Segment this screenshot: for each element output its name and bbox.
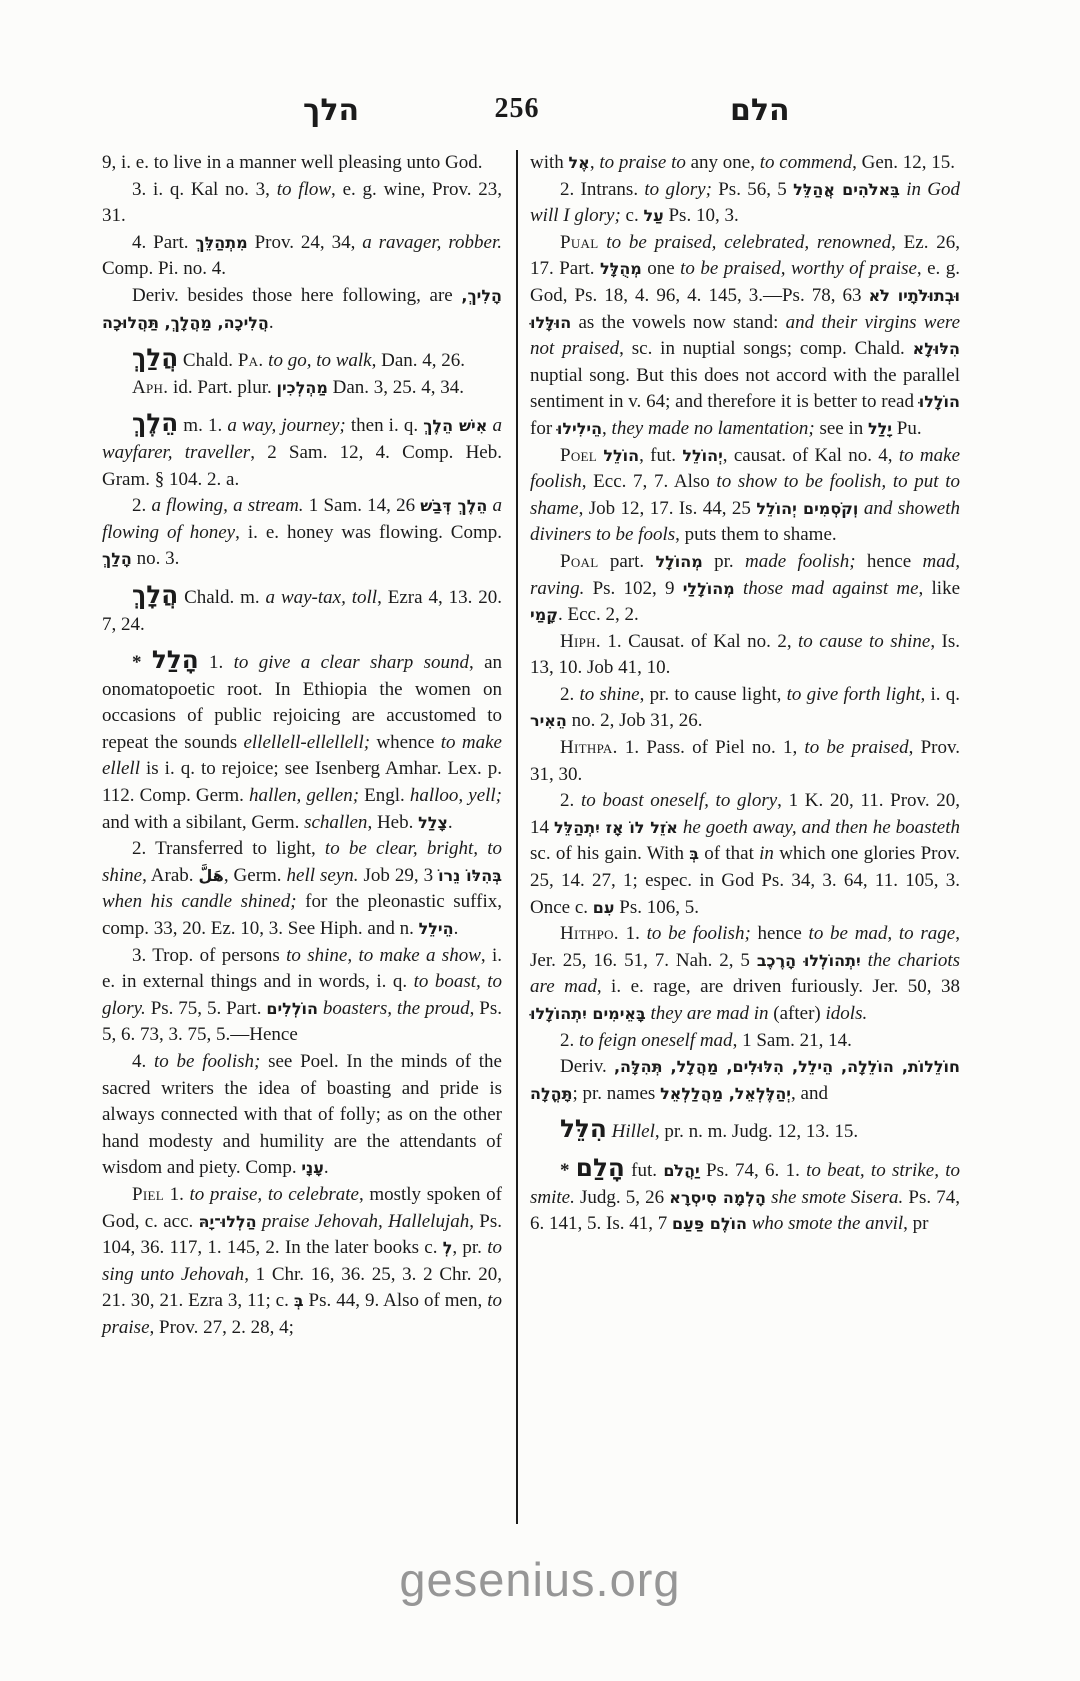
dictionary-paragraph: 2. Intrans. to glory; Ps. 56, 5 בֵּאלֹהִ…: [530, 177, 960, 230]
italic-phrase: to be praised, celebrated, renowned: [606, 232, 891, 253]
roman-text: [861, 950, 868, 971]
roman-text: , Dan. 4, 26.: [372, 350, 465, 371]
roman-text: .: [448, 812, 453, 833]
roman-text: 4.: [132, 1051, 154, 1072]
dictionary-paragraph: Hithpa. 1. Pass. of Piel no. 1, to be pr…: [530, 735, 960, 788]
italic-phrase: when his candle shined;: [102, 891, 297, 912]
hebrew-text: יְהַלֶּלְאֵל, מַהֲלַלְאֵל: [660, 1084, 791, 1103]
stem-label: Pual: [560, 232, 598, 253]
left-text-column: 9, i. e. to live in a manner well pleasi…: [102, 150, 502, 1342]
roman-text: 3. i. q. Kal no. 3,: [132, 179, 277, 200]
hebrew-text: הֵאִיר: [530, 711, 567, 730]
roman-text: 2. Transferred to light,: [132, 838, 325, 859]
italic-phrase: to praise, to celebrate: [190, 1184, 359, 1205]
hebrew-text: אֶל: [569, 153, 590, 172]
italic-phrase: in: [759, 843, 774, 864]
hebrew-text: בֵּאלֹהִים אֲהַלֵּל: [793, 180, 900, 199]
italic-phrase: hell seyn.: [287, 865, 359, 886]
roman-text: 1. Pass. of Piel no. 1,: [618, 737, 805, 758]
italic-phrase: a flowing, a stream.: [151, 495, 303, 516]
roman-text: . Ecc. 2, 2.: [558, 604, 639, 625]
roman-text: Chald.: [178, 350, 238, 371]
hebrew-headword: הֵלֶךְ: [132, 408, 178, 437]
dictionary-paragraph: Aph. id. Part. plur. מַהְלְכִין Dan. 3, …: [102, 375, 502, 402]
hebrew-text: הֵילִילוּ: [557, 419, 602, 438]
page-number: 256: [457, 93, 577, 125]
dictionary-paragraph: 2. to feign oneself mad, 1 Sam. 21, 14.: [530, 1028, 960, 1055]
hebrew-text: הִלּוּלָא: [913, 339, 960, 358]
italic-phrase: schallen: [304, 812, 367, 833]
hebrew-text: הוֹלֵל: [603, 446, 639, 465]
stem-label: Hithpo.: [560, 923, 619, 944]
hebrew-text: הָלְמָה סִיסְרָא: [669, 1188, 766, 1207]
italic-phrase: a way, journey;: [227, 415, 345, 436]
dictionary-paragraph: 2. to shine, pr. to cause light, to give…: [530, 682, 960, 735]
italic-phrase: to be praised, worthy of praise: [680, 258, 917, 279]
dictionary-paragraph: * הָלַם fut. יַהֲלֹם Ps. 74, 6. 1. to be…: [530, 1155, 960, 1238]
roman-text: hence: [751, 923, 809, 944]
italic-phrase: to boast oneself, to glory: [581, 790, 777, 811]
roman-text: nuptial song. But this does not accord w…: [530, 365, 960, 413]
hebrew-text: צָלַל: [418, 813, 448, 832]
hebrew-text: אֹזֵל לוֹ אָז יִתְהַלֵּל: [554, 818, 678, 837]
dictionary-paragraph: 9, i. e. to live in a manner well pleasi…: [102, 150, 502, 177]
roman-text: , Job 12, 17. Is. 44, 25: [579, 498, 757, 519]
roman-text: , pr. n. m. Judg. 12, 13. 15.: [655, 1121, 858, 1142]
roman-text: 9, i. e. to live in a manner well pleasi…: [102, 152, 482, 173]
hebrew-text: הַלְלוּ־יָהּ: [199, 1212, 257, 1231]
roman-text: ,: [602, 418, 612, 439]
roman-text: of that: [699, 843, 759, 864]
roman-text: Chald. m.: [178, 587, 265, 608]
column-divider-rule: [516, 150, 518, 1524]
dictionary-paragraph: 4. Part. מִתְהַלֵּךְ Prov. 24, 34, a rav…: [102, 230, 502, 283]
dictionary-paragraph: 2. a flowing, a stream. 1 Sam. 14, 26 הֵ…: [102, 493, 502, 573]
roman-text: id. Part. plur.: [168, 377, 276, 398]
roman-text: Ps. 10, 3.: [664, 205, 739, 226]
hebrew-text: הוֹלְלִים: [266, 999, 318, 1018]
italic-phrase: those mad against me: [743, 578, 919, 599]
roman-text: Comp. Pi. no. 4.: [102, 258, 226, 279]
italic-phrase: to give a clear sharp sound: [234, 652, 469, 673]
roman-text: , causat. of Kal no. 4,: [723, 445, 899, 466]
roman-text: .: [324, 1157, 329, 1178]
stem-label: Poel: [560, 445, 597, 466]
italic-phrase: ellellell-ellellell;: [243, 732, 370, 753]
roman-text: (after): [769, 1003, 826, 1024]
hebrew-text: מְהוֹלָל: [655, 552, 702, 571]
dictionary-paragraph: 4. to be foolish; see Poel. In the minds…: [102, 1049, 502, 1182]
roman-text: Ps. 106, 5.: [615, 897, 699, 918]
hebrew-text: בָּאֵימִים יִתְהוֹלָלוּ: [530, 1004, 646, 1023]
roman-text: , like: [919, 578, 960, 599]
roman-text: whence: [370, 732, 441, 753]
hebrew-text: קָמַי: [530, 605, 558, 624]
dictionary-paragraph: with אֶל, to praise to any one, to comme…: [530, 150, 960, 177]
roman-text: any one,: [686, 152, 760, 173]
italic-phrase: praise Jehovah, Hallelujah: [262, 1211, 469, 1232]
running-head-left-keyword: הלך: [303, 94, 359, 128]
hebrew-headword: הֲלַךְ: [132, 343, 178, 372]
roman-text: , i. e. honey was flowing. Comp.: [235, 522, 502, 543]
italic-phrase: they made no lamentation;: [612, 418, 815, 439]
roman-text: Pu.: [892, 418, 922, 439]
italic-phrase: to give forth light: [787, 684, 921, 705]
roman-text: , pr.: [452, 1237, 487, 1258]
roman-text: 2.: [560, 1030, 579, 1051]
roman-text: Ps. 102, 9: [584, 578, 682, 599]
roman-text: Prov. 24, 34,: [248, 232, 363, 253]
roman-text: part.: [598, 551, 655, 572]
dictionary-paragraph: Deriv. חוֹלֵלוֹת, הוֹלֵלָה, הֵילֵל, הִלּ…: [530, 1054, 960, 1107]
hebrew-text: הוֹלָלוּ: [919, 392, 960, 411]
roman-text: with: [530, 152, 569, 173]
roman-text: Ps. 44, 9. Also of men,: [304, 1290, 488, 1311]
roman-text: , Gen. 12, 15.: [852, 152, 955, 173]
roman-text: 1. Causat. of Kal no. 2,: [601, 631, 798, 652]
hebrew-text: מַהְלְכִין: [277, 378, 328, 397]
stem-label: Hiph.: [560, 631, 601, 652]
roman-text: 2.: [560, 684, 579, 705]
italic-phrase: she smote Sisera.: [771, 1187, 903, 1208]
roman-text: Deriv. besides those here following, are: [132, 285, 461, 306]
dictionary-paragraph: הִלֵּל Hillel, pr. n. m. Judg. 12, 13. 1…: [530, 1116, 960, 1146]
roman-text: for: [530, 418, 557, 439]
italic-phrase: to cause to shine: [798, 631, 930, 652]
roman-text: , puts them to shame.: [675, 524, 836, 545]
roman-text: 2.: [132, 495, 151, 516]
italic-phrase: to go, to walk: [268, 350, 371, 371]
italic-phrase: a ravager, robber.: [362, 232, 502, 253]
roman-text: fut.: [625, 1160, 663, 1181]
stem-label: Hithpa.: [560, 737, 618, 758]
roman-text: ; pr. names: [572, 1083, 660, 1104]
roman-text: then i. q.: [346, 415, 423, 436]
italic-phrase: made foolish;: [745, 551, 856, 572]
italic-phrase: a way-tax, toll: [266, 587, 378, 608]
hebrew-text: לְ: [443, 1238, 453, 1257]
hebrew-text: הוֹלֶם פַּעַם: [672, 1214, 747, 1233]
roman-text: , pr: [903, 1213, 928, 1234]
italic-phrase: to praise to: [599, 152, 686, 173]
hebrew-headword: הָלַם: [576, 1153, 625, 1182]
italic-phrase: he goeth away, and then he boasteth: [683, 817, 960, 838]
dictionary-paragraph: 2. to boast oneself, to glory, 1 K. 20, …: [530, 788, 960, 921]
roman-text: pr.: [703, 551, 745, 572]
hebrew-text: בְּ: [294, 1291, 304, 1310]
roman-text: ,: [590, 152, 600, 173]
hebrew-text: בְּהִלּוֹ נֵרוֹ: [438, 866, 502, 885]
roman-text: Deriv.: [560, 1056, 614, 1077]
roman-text: [735, 578, 743, 599]
hebrew-text: בְּ: [689, 844, 699, 863]
roman-text: Dan. 3, 25. 4, 34.: [328, 377, 464, 398]
italic-phrase: to shine: [579, 684, 639, 705]
hebrew-text: וְקֹסְמִים יְהוֹלֵל: [756, 499, 858, 518]
roman-text: , Ecc. 7, 7. Also: [582, 471, 717, 492]
roman-text: as the vowels now stand:: [571, 312, 785, 333]
right-text-column: with אֶל, to praise to any one, to comme…: [530, 150, 960, 1238]
italic-phrase: to be mad, to rage: [809, 923, 956, 944]
dictionary-paragraph: 3. Trop. of persons to shine, to make a …: [102, 943, 502, 1049]
roman-text: 2.: [560, 790, 581, 811]
dictionary-paragraph: Poel הוֹלֵל, fut. יְהוֹלֵל, causat. of K…: [530, 443, 960, 549]
hebrew-text: הֵלֶךְ דְּבַשׁ: [420, 496, 487, 515]
italic-phrase: halloo, yell;: [410, 785, 502, 806]
roman-text: , Germ.: [224, 865, 287, 886]
roman-text: .: [269, 312, 274, 333]
dictionary-paragraph: Hithpo. 1. to be foolish; hence to be ma…: [530, 921, 960, 1027]
hebrew-text: יַהֲלֹם: [663, 1161, 699, 1180]
dictionary-paragraph: Hiph. 1. Causat. of Kal no. 2, to cause …: [530, 629, 960, 682]
roman-text: Judg. 5, 26: [575, 1187, 669, 1208]
italic-phrase: to be praised: [804, 737, 908, 758]
roman-text: sc. of his gain. With: [530, 843, 689, 864]
italic-phrase: to glory;: [644, 179, 712, 200]
stem-label: Poal: [560, 551, 598, 572]
roman-text: m. 1.: [178, 415, 227, 436]
roman-text: and with a sibilant, Germ.: [102, 812, 304, 833]
dictionary-paragraph: Pual to be praised, celebrated, renowned…: [530, 230, 960, 443]
stem-label: Aph.: [132, 377, 168, 398]
roman-text: 1 Sam. 14, 26: [304, 495, 421, 516]
hebrew-headword: הָלַל: [152, 645, 199, 674]
roman-text: Ps. 56, 5: [712, 179, 793, 200]
roman-text: see in: [815, 418, 868, 439]
running-head-right-keyword: הלם: [730, 94, 790, 128]
italic-phrase: to shine, to make a show: [286, 945, 481, 966]
roman-text: no. 3.: [132, 548, 180, 569]
roman-text: , Heb.: [367, 812, 418, 833]
roman-text: , i. e. rage, are driven furiously. Jer.…: [597, 976, 960, 997]
italic-phrase: boasters, the proud: [323, 998, 470, 1019]
roman-text: , and: [791, 1083, 828, 1104]
roman-text: Job 29, 3: [359, 865, 439, 886]
dictionary-paragraph: הֲלָךְ Chald. m. a way-tax, toll, Ezra 4…: [102, 582, 502, 638]
italic-phrase: to be foolish;: [647, 923, 751, 944]
dictionary-paragraph: הֵלֶךְ m. 1. a way, journey; then i. q. …: [102, 410, 502, 493]
roman-text: Ps. 75, 5. Part.: [146, 998, 267, 1019]
roman-text: , Prov. 27, 2. 28, 4;: [150, 1317, 294, 1338]
roman-text: 1.: [199, 652, 234, 673]
dictionary-paragraph: Poal part. מְהוֹלָל pr. made foolish; he…: [530, 549, 960, 629]
roman-text: 4. Part.: [132, 232, 195, 253]
hebrew-headword: הֲלָךְ: [132, 580, 178, 609]
roman-text: 3. Trop. of persons: [132, 945, 286, 966]
hebrew-text: יָלַל: [868, 419, 892, 438]
roman-text: 2. Intrans.: [560, 179, 644, 200]
roman-text: one: [642, 258, 680, 279]
italic-phrase: they are mad in: [651, 1003, 769, 1024]
dictionary-paragraph: Deriv. besides those here following, are…: [102, 283, 502, 336]
arabic-text: هَلَّ: [199, 866, 224, 885]
hebrew-text: יְהוֹלֵל: [682, 446, 722, 465]
italic-phrase: to flow: [277, 179, 331, 200]
entry-asterisk: *: [560, 1160, 576, 1181]
hebrew-text: מִתְהַלֵּךְ: [195, 233, 247, 252]
roman-text: , pr. to cause light,: [640, 684, 787, 705]
italic-phrase: who smote the anvil: [752, 1213, 903, 1234]
italic-phrase: idols.: [826, 1003, 868, 1024]
dictionary-paragraph: הֲלַךְ Chald. Pa. to go, to walk, Dan. 4…: [102, 345, 502, 375]
roman-text: Engl.: [359, 785, 410, 806]
italic-phrase: Hillel: [612, 1121, 655, 1142]
hebrew-text: מְהֻלָּל: [600, 259, 642, 278]
dictionary-paragraph: * הָלַל 1. to give a clear sharp sound, …: [102, 647, 502, 836]
dictionary-paragraph: 2. Transferred to light, to be clear, br…: [102, 836, 502, 942]
dictionary-paragraph: 3. i. q. Kal no. 3, to flow, e. g. wine,…: [102, 177, 502, 230]
hebrew-text: מְהוֹלָלַי: [683, 579, 735, 598]
italic-phrase: hallen, gellen;: [249, 785, 359, 806]
hebrew-text: הֵילֵל: [419, 919, 454, 938]
hebrew-text: עִם: [593, 898, 615, 917]
roman-text: .: [454, 918, 459, 939]
italic-phrase: to feign oneself mad: [579, 1030, 733, 1051]
hebrew-text: עַל: [643, 206, 663, 225]
roman-text: , Arab.: [142, 865, 198, 886]
dictionary-paragraph: Piel 1. to praise, to celebrate, mostly …: [102, 1182, 502, 1342]
roman-text: c.: [621, 205, 644, 226]
watermark: gesenius.org: [0, 1552, 1080, 1607]
roman-text: , fut.: [639, 445, 682, 466]
stem-label: Piel: [132, 1184, 164, 1205]
roman-text: , 1 Sam. 21, 14.: [733, 1030, 852, 1051]
roman-text: 1.: [619, 923, 647, 944]
roman-text: no. 2, Job 31, 26.: [567, 710, 703, 731]
scanned-lexicon-page: הלך 256 הלם 9, i. e. to live in a manner…: [0, 0, 1080, 1681]
hebrew-text: הָלַךְ: [102, 549, 132, 568]
italic-phrase: to commend: [760, 152, 852, 173]
roman-text: 1.: [164, 1184, 190, 1205]
italic-phrase: to be foolish;: [154, 1051, 260, 1072]
stem-label: Pa.: [238, 350, 264, 371]
hebrew-text: עָנָי: [301, 1158, 324, 1177]
roman-text: hence: [856, 551, 923, 572]
roman-text: , i. q.: [921, 684, 961, 705]
roman-text: Ps. 74, 6. 1.: [700, 1160, 806, 1181]
roman-text: , sc. in nuptial songs; comp. Chald.: [619, 338, 913, 359]
hebrew-headword: הִלֵּל: [560, 1114, 607, 1143]
hebrew-text: יִתְהוֹלְלוּ הָרֶכֶב: [757, 951, 861, 970]
entry-asterisk: *: [132, 652, 152, 673]
hebrew-text: אִישׁ הֵלֶךְ: [423, 416, 487, 435]
